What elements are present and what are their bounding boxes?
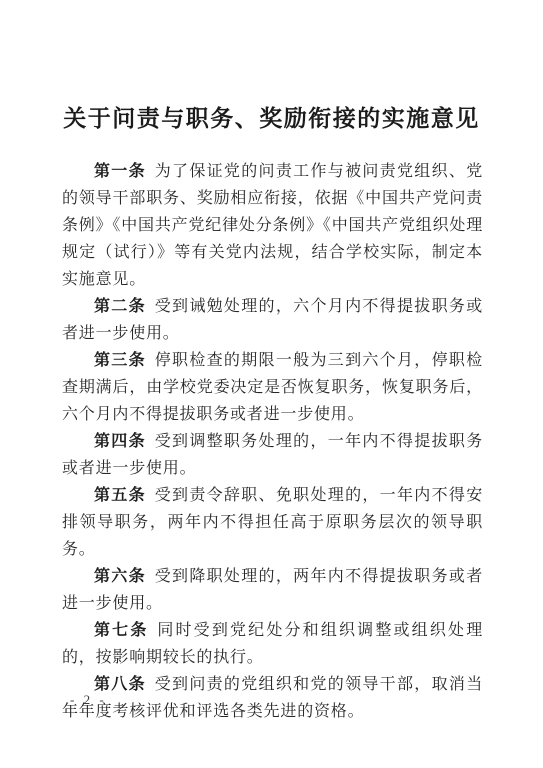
article-text: 为了保证党的问责工作与被问责党组织、党的领导干部职务、奖励相应衔接，依据《中国共…: [62, 163, 483, 288]
article-paragraph: 第八条受到问责的党组织和党的领导干部，取消当年年度考核评优和评选各类先进的资格。: [62, 671, 483, 725]
article-label: 第八条: [94, 676, 146, 693]
article-label: 第六条: [94, 568, 146, 585]
document-page: 关于问责与职务、奖励衔接的实施意见 第一条为了保证党的问责工作与被问责党组织、党…: [0, 0, 543, 768]
article-paragraph: 第四条受到调整职务处理的，一年内不得提拔职务或者进一步使用。: [62, 428, 483, 482]
article-paragraph: 第七条同时受到党纪处分和组织调整或组织处理的，按影响期较长的执行。: [62, 617, 483, 671]
document-title: 关于问责与职务、奖励衔接的实施意见: [0, 100, 543, 133]
article-label: 第四条: [94, 433, 146, 450]
article-paragraph: 第六条受到降职处理的，两年内不得提拔职务或者进一步使用。: [62, 563, 483, 617]
page-number: - 2 -: [70, 692, 107, 708]
article-label: 第二条: [94, 298, 146, 315]
article-paragraph: 第三条停职检查的期限一般为三到六个月，停职检查期满后，由学校党委决定是否恢复职务…: [62, 347, 483, 428]
article-label: 第七条: [94, 622, 149, 639]
article-label: 第五条: [94, 487, 146, 504]
article-label: 第一条: [94, 163, 146, 180]
document-body: 第一条为了保证党的问责工作与被问责党组织、党的领导干部职务、奖励相应衔接，依据《…: [62, 158, 483, 725]
article-paragraph: 第一条为了保证党的问责工作与被问责党组织、党的领导干部职务、奖励相应衔接，依据《…: [62, 158, 483, 293]
article-label: 第三条: [94, 352, 146, 369]
article-paragraph: 第五条受到责令辞职、免职处理的，一年内不得安排领导职务，两年内不得担任高于原职务…: [62, 482, 483, 563]
article-paragraph: 第二条受到诫勉处理的，六个月内不得提拔职务或者进一步使用。: [62, 293, 483, 347]
